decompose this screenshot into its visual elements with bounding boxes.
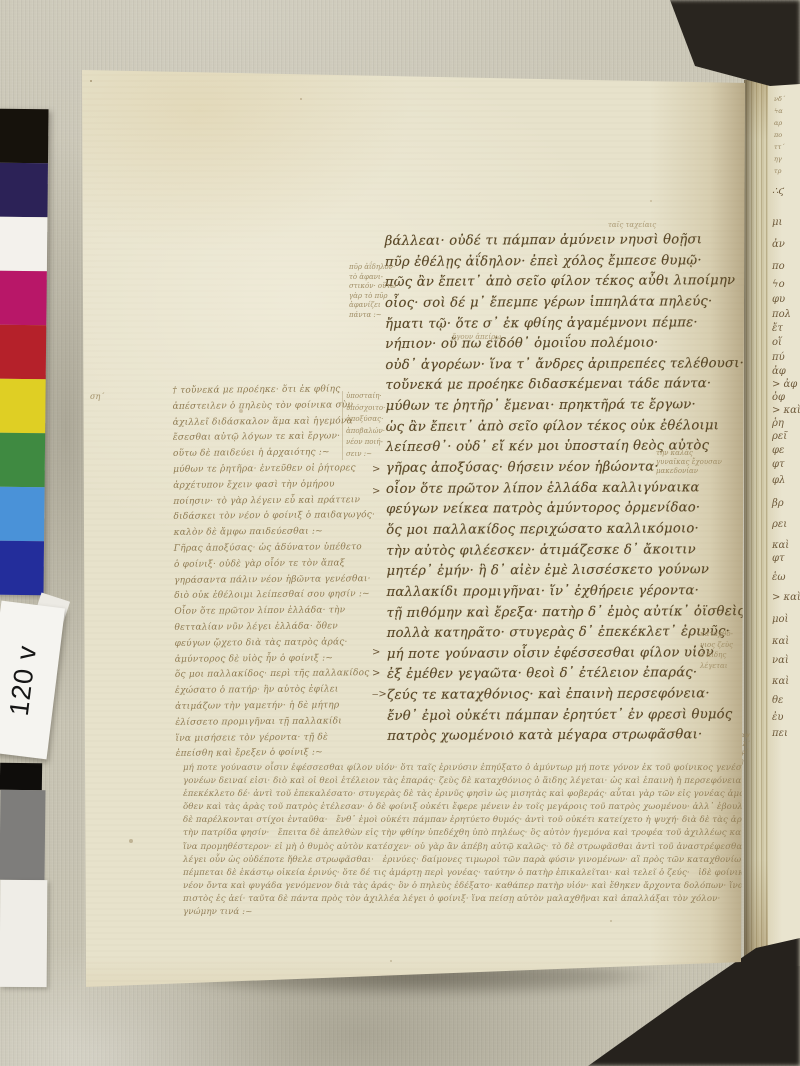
facing-fragment: ῥη (772, 418, 784, 429)
main-text-line: βάλλεαι· οὐδέ τι πάμπαν ἀμύνειν νηυσὶ θο… (385, 230, 743, 253)
color-patch-dark-violet (0, 163, 48, 218)
bottom-scholia-line: μή ποτε γούνασιν οἷσιν ἐφέσσεσθαι φίλον … (183, 762, 749, 775)
facing-fragment: ϟο (772, 279, 785, 290)
scholia-line: ποίησιν· τὸ γὰρ λέγειν εὖ καὶ πράττειν (173, 493, 365, 510)
color-patch-green (0, 433, 45, 488)
main-text-line: οἶος· σοὶ δέ μ᾽ ἔπεμπε γέρων ἱππηλάτα πη… (385, 292, 743, 315)
main-text-line: ἐξ ἐμέθεν γεγαῶτα· θεοὶ δ᾽ ἐτέλειον ἐπαρ… (387, 664, 745, 687)
main-text-line: τὴν αὐτὸς φιλέεσκεν· ἀτιμάζεσκε δ᾽ ἄκοιτ… (386, 540, 744, 563)
facing-fragment: > ἀφ (772, 379, 797, 390)
scholia-line: ὁ φοίνιξ· οὐδὲ γὰρ οἷόν τε τὸν ἅπαξ (174, 556, 366, 573)
main-text-line: τοὔνεκά με προέηκε διδασκέμεναι τάδε πάν… (385, 375, 743, 398)
scholia-line: ἀμύντορος δὲ υἱὸς ἦν ὁ φοίνιξ :~ (175, 651, 367, 668)
scholia-line: ἐχώσατο ὁ πατήρ· ἣν αὐτὸς ἐφίλει (175, 682, 367, 699)
grayscale-patch-gray (0, 790, 45, 880)
scholia-line: ἀτιμάζων τὴν γαμετήν· ἡ δὲ μήτηρ (175, 698, 367, 715)
main-text-line: τῇ πιθόμην καὶ ἔρεξα· πατὴρ δ᾽ ἐμὸς αὐτί… (387, 602, 745, 625)
folio-label: 120 v (4, 643, 43, 717)
main-text-block: βάλλεαι· οὐδέ τι πάμπαν ἀμύνειν νηυσὶ θο… (385, 230, 746, 748)
main-text-line: ὡς ἂν ἔπειτ᾽ ἀπὸ σεῖο φίλον τέκος οὐκ ἐθ… (386, 416, 744, 439)
bottom-scholia-line: νέον ὄντα καὶ φυγάδα γενόμενον διὰ τὰς ἀ… (183, 880, 749, 893)
facing-fragment: μοὶ (772, 614, 788, 625)
facing-fragment: > καὶ (772, 592, 800, 603)
main-text-line: μητέρ᾽ ἐμήν· ἣ δ᾽ αἰὲν ἐμὲ λισσέσκετο γο… (386, 560, 744, 583)
bottom-scholia-line: πέμπεται δὲ ἑκάστῳ οἰκεία ἐρινύς· ὅτε δέ… (183, 867, 749, 880)
right-gloss-upper: τὴν καλὰςγυναῖκας ἔχουσανμακεδονίαν (656, 449, 744, 476)
facing-fragment: πο (772, 261, 785, 272)
main-text-line: πῦρ ἐθέλῃς ἀΐδηλον· ἐπεὶ χόλος ἔμπεσε θυ… (385, 251, 743, 274)
grayscale-patch-white (0, 880, 47, 987)
scholia-line: Οἷον ὅτε πρῶτον λίπον ἑλλάδα· τὴν (174, 603, 366, 620)
scholia-line: καλὸν δὲ ἄμφω παιδεύεσθαι :~ (174, 524, 366, 541)
margin-sign: ση´ (90, 392, 104, 401)
main-text-line: νήπιον· οὔ πω εἰδόθ᾽ ὁμοιΐου πολέμοιο· (385, 333, 743, 356)
scholia-line: γηράσαντα πάλιν νέον ἡβῶντα γενέσθαι· (174, 572, 366, 589)
gloss-line: τὴν καλὰς (656, 449, 744, 458)
scholia-line: οὕτω δὲ παιδεύει ἡ ἀρχαιότης :~ (173, 445, 365, 462)
color-patch-red (0, 325, 46, 380)
color-calibration-strip (0, 109, 49, 596)
facing-fragment: ἑω (772, 572, 786, 583)
diple-mark: ‒> (372, 689, 387, 700)
interlinear-gloss-1: ταῖς ταχείαις (608, 221, 656, 229)
color-patch-light-blue (0, 487, 45, 542)
gloss-line: καταχθό- (700, 629, 746, 640)
diple-mark: > (372, 486, 380, 497)
scholia-line: ἵνα μισήσειε τὸν γέροντα· τῇ δὲ (175, 730, 367, 747)
scholia-line: Γῆρας ἀποξύσας· ὡς ἀδύνατον ὑπέθετο (174, 540, 366, 557)
facing-fragment: πύ (772, 352, 785, 363)
facing-fragment: καὶ (772, 676, 789, 687)
folio-tag: 120 v (0, 601, 65, 760)
facing-fragment: ναὶ (772, 655, 789, 666)
facing-fragment: φτ (772, 459, 785, 470)
gloss-line: ὁ ἅιδης (700, 650, 746, 661)
manuscript-photo: νδ´ϟααρποττ´ηγτρ ∴ϛμιἀνποϟοφυπολἔτοἵπύἀφ… (0, 0, 800, 1066)
scholia-line: ἐπείσθη καὶ ἔρεξεν ὁ φοίνιξ :~ (176, 745, 368, 762)
bottom-scholia-line: τὴν πατρίδα φησίν· ἔπειτα δὲ ἀπελθὼν εἰς… (183, 827, 749, 840)
left-scholia-block: † τοὔνεκά με προέηκε· ὅτι ἐκ φθίηςἀπέστε… (172, 382, 367, 763)
scholia-line: ἀπέστειλεν ὁ πηλεὺς τὸν φοίνικα σὺν (172, 398, 364, 415)
bottom-scholia-line: γονέων δειναί εἰσι· διὸ καὶ οἱ θεοὶ ἐτέλ… (183, 775, 749, 788)
facing-fragment: ∴ϛ (772, 186, 784, 197)
color-patch-magenta (0, 271, 47, 326)
main-text-line: οἷον ὅτε πρῶτον λίπον ἑλλάδα καλλιγύναικ… (386, 478, 744, 501)
bottom-scholia-line: πιστὸς ἐς ἀεί· ταῦτα δὲ πάντα πρὸς τὸν ἀ… (183, 893, 749, 906)
diple-marks: >>>>‒> (372, 0, 386, 1066)
bottom-scholia-block: μή ποτε γούνασιν οἷσιν ἐφέσσεσθαι φίλον … (183, 762, 749, 919)
diple-mark: > (372, 668, 380, 679)
bottom-scholia-line: ὅθεν καὶ τὰς ἀρὰς τοῦ πατρὸς ἐτέλεσαν· ὁ… (183, 801, 749, 814)
scholia-line: διδάσκει τὸν νέον ὁ φοίνιξ ὁ παιδαγωγός· (173, 509, 365, 526)
bottom-scholia-line: γνώμην τινά :~ (183, 906, 749, 919)
facing-fragment: φυ (772, 294, 785, 305)
facing-fragment: φε (772, 445, 784, 456)
gloss-line: γυναῖκας ἔχουσαν (656, 458, 744, 467)
facing-fragment: οἵ (772, 337, 782, 348)
main-text-line: πῶς ἂν ἔπειτ᾽ ἀπὸ σεῖο φίλον τέκος αὖθι … (385, 271, 743, 294)
facing-fragment: ἔτ (772, 323, 783, 334)
color-patch-black (0, 109, 49, 164)
scholia-line: θετταλίαν νῦν λέγει ἑλλάδα· ὅθεν (174, 619, 366, 636)
right-gloss-lower: καταχθό-νιος ζεὺςὁ ἅιδηςλέγεται (700, 629, 746, 671)
color-patch-yellow (0, 379, 46, 434)
facing-fragment: πει (772, 728, 788, 739)
facing-fragment: ἐυ (772, 712, 783, 723)
scholia-line: διὸ οὐκ ἐθέλοιμι λείπεσθαί σου φησίν :~ (174, 588, 366, 605)
facing-fragment: μι (772, 217, 782, 228)
facing-fragment: καὶ (772, 636, 789, 647)
facing-fragment: ρει (772, 519, 787, 530)
main-text-line: πολλὰ κατηρᾶτο· στυγερὰς δ᾽ ἐπεκέκλετ᾽ ἐ… (387, 622, 745, 645)
scholia-line: ἀρχέτυπον ἔχειν φασὶ τὴν ὁμήρου (173, 477, 365, 494)
scholia-line: μύθων τε ῥητῆρα· ἐντεῦθεν οἱ ῥήτορες (173, 461, 365, 478)
bottom-scholia-line: λέγει οὖν ὡς οὐδέποτε ἤθελε στρωφᾶσθαι· … (183, 854, 749, 867)
main-text-line: παλλακίδι προμιγῆναι· ἵν᾽ ἐχθήρειε γέρον… (386, 581, 744, 604)
main-text-line: ζεύς τε καταχθόνιος· καὶ ἐπαινὴ περσεφόν… (387, 684, 745, 707)
diple-mark: > (372, 464, 380, 475)
diple-mark: > (372, 647, 380, 658)
scholia-line: ὅς μοι παλλακίδος· περὶ τῆς παλλακίδος (175, 667, 367, 684)
main-text-line: ὅς μοι παλλακίδος περιχώσατο καλλικόμοιο… (386, 519, 744, 542)
facing-fragment: ἀν (772, 239, 785, 250)
facing-page-fragments-main: ∴ϛμιἀνποϟοφυπολἔτοἵπύἀφ> ἀφὀφ> καὶῥηρεῖφ… (770, 0, 800, 1066)
facing-fragment: > καὶ (772, 405, 800, 416)
scholia-line: † τοὔνεκά με προέηκε· ὅτι ἐκ φθίης (172, 382, 364, 399)
bottom-scholia-line: ἵνα προμηθέστερον· εἰ μὴ ὁ θυμὸς αὐτὸν κ… (183, 841, 749, 854)
main-text-line: μή ποτε γούνασιν οἷσιν ἐφέσσεσθαι φίλον … (387, 643, 745, 666)
manuscript-page: βάλλεαι· οὐδέ τι πάμπαν ἀμύνειν νηυσὶ θο… (0, 0, 800, 1066)
facing-fragment: βρ (772, 498, 784, 509)
facing-fragment: πολ (772, 309, 791, 320)
facing-fragment: ἀφ (772, 366, 786, 377)
color-patch-dark-blue (0, 541, 44, 596)
interlinear-gloss-2: ἤγουν ἀπείρῳ (452, 333, 501, 341)
facing-fragment: ρεῖ (772, 431, 787, 442)
gloss-line: νιος ζεὺς (700, 640, 746, 651)
gloss-line: μακεδονίαν (656, 467, 744, 476)
bottom-scholia-line: ἐπεκέκλετο δέ· ἀντὶ τοῦ ἐπεκαλέσατο· στυ… (183, 788, 749, 801)
main-text-line: μύθων τε ῥητῆρ᾽ ἔμεναι· πρηκτῆρά τε ἔργω… (386, 395, 744, 418)
scholia-line: φεύγων ᾤχετο διὰ τὰς πατρὸς ἀράς· (175, 635, 367, 652)
main-text-line: οὐδ᾽ ἀγορέων· ἵνα τ᾽ ἄνδρες ἀριπρεπέες τ… (385, 354, 743, 377)
color-patch-white (0, 217, 47, 272)
main-text-line: ἔνθ᾽ ἐμοὶ οὐκέτι πάμπαν ἐρητύετ᾽ ἐν φρεσ… (387, 705, 745, 728)
facing-fragment: καὶ (772, 540, 789, 551)
facing-fragment: φλ (772, 475, 785, 486)
facing-fragment: φτ (772, 553, 785, 564)
facing-fragment: ὀφ (772, 392, 785, 403)
scholia-line: ἔσεσθαι αὐτῷ λόγων τε καὶ ἔργων· (173, 430, 365, 447)
grayscale-patch-black (0, 763, 42, 791)
main-text-line: ἤματι τῷ· ὅτε σ᾽ ἐκ φθίης ἀγαμέμνονι πέμ… (385, 313, 743, 336)
main-text-line: πατρὸς χωομένοιο κατὰ μέγαρα στρωφᾶσθαι· (387, 725, 745, 748)
ink-specks (90, 80, 92, 82)
facing-fragment: θε (772, 695, 783, 706)
scholia-line: ἐλίσσετο προμιγῆναι τῇ παλλακίδι (175, 714, 367, 731)
scholia-line: ἀχιλλεῖ διδάσκαλον ἅμα καὶ ἡγεμόνα (173, 414, 365, 431)
main-text-line: φεύγων νείκεα πατρὸς ἀμύντορος ὀρμενίδαο… (386, 498, 744, 521)
bottom-scholia-line: δὲ παρέλκονται στίχοι ἐνταῦθα· ἔνθ᾽ ἐμοὶ… (183, 814, 749, 827)
gloss-line: λέγεται (700, 661, 746, 672)
